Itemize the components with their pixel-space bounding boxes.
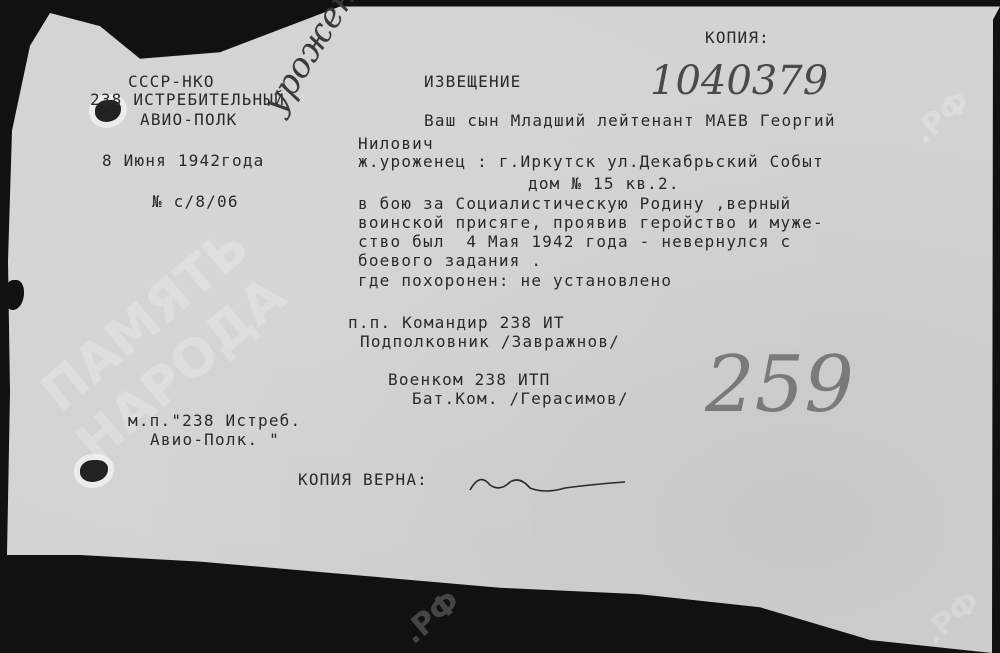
copy-certified-label: КОПИЯ ВЕРНА: <box>298 472 428 488</box>
header-org: СССР-НКО <box>128 74 215 90</box>
body-line: где похоронен: не установлено <box>358 273 672 289</box>
body-line: дом № 15 кв.2. <box>528 176 680 192</box>
commissar-title: Военком 238 ИТП <box>388 372 551 388</box>
header-unit: АВИО-ПОЛК <box>140 112 238 128</box>
body-line: боевого задания . <box>358 253 542 269</box>
document-title: ИЗВЕЩЕНИЕ <box>424 74 522 90</box>
body-line: в бою за Социалистическую Родину ,верный <box>358 196 791 212</box>
header-date: 8 Июня 1942года <box>102 153 265 169</box>
commissar-name: Бат.Ком. /Герасимов/ <box>412 391 629 407</box>
body-line: воинской присяге, проявив геройство и му… <box>358 215 824 231</box>
commander-name: Подполковник /Завражнов/ <box>360 334 620 350</box>
handwritten-archive-id: 1040379 <box>650 58 828 104</box>
stamp-line-2: Авио-Полк. " <box>150 432 280 448</box>
body-line: Нилович <box>358 136 434 152</box>
stamp-line-1: м.п."238 Истреб. <box>128 413 301 429</box>
handwritten-number: 259 <box>705 340 854 430</box>
document-number: № с/8/06 <box>152 194 239 210</box>
commander-title: п.п. Командир 238 ИТ <box>348 315 565 331</box>
certifier-signature <box>465 470 635 500</box>
watermark-rf-bottom: .РФ <box>396 584 467 651</box>
body-line: Ваш сын Младший лейтенант МАЕВ Георгий <box>424 113 836 129</box>
body-line: ж.уроженец : г.Иркутск ул.Декабрьский Со… <box>358 154 824 170</box>
body-line: ство был 4 Мая 1942 года - невернулся с <box>358 234 791 250</box>
copy-label: КОПИЯ: <box>705 30 770 46</box>
